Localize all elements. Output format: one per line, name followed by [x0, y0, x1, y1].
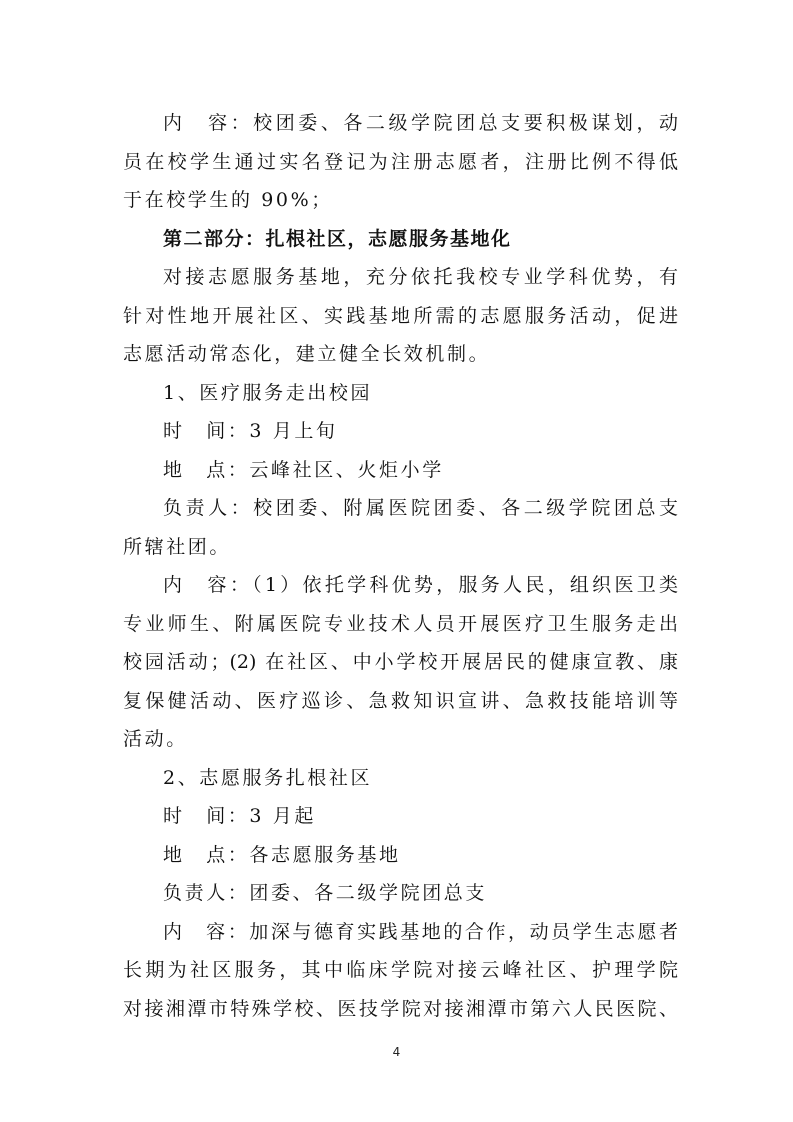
paragraph-line: 志愿活动常态化，建立健全长效机制。: [123, 335, 678, 373]
responsible-field: 负责人：校团委、附属医院团委、各二级学院团总支: [163, 489, 678, 527]
time-field: 时 间：3 月上旬: [163, 412, 678, 450]
section-heading: 第二部分：扎根社区，志愿服务基地化: [163, 220, 678, 258]
paragraph-line: 员在校学生通过实名登记为注册志愿者，注册比例不得低: [123, 143, 678, 181]
responsible-field: 负责人：团委、各二级学院团总支: [163, 874, 678, 912]
time-field: 时 间：3 月起: [163, 797, 678, 835]
location-field: 地 点：各志愿服务基地: [163, 836, 678, 874]
paragraph-line: 针对性地开展社区、实践基地所需的志愿服务活动，促进: [123, 297, 678, 335]
paragraph-line: 对接志愿服务基地，充分依托我校专业学科优势，有: [163, 258, 678, 296]
paragraph-line: 复保健活动、医疗巡诊、急救知识宣讲、急救技能培训等: [123, 682, 678, 720]
paragraph-line: 于在校学生的 90%；: [123, 181, 678, 219]
paragraph-line: 专业师生、附属医院专业技术人员开展医疗卫生服务走出: [123, 605, 678, 643]
paragraph-line: 对接湘潭市特殊学校、医技学院对接湘潭市第六人民医院、: [123, 990, 678, 1028]
page-number: 4: [0, 1045, 793, 1059]
content-field: 内 容：加深与德育实践基地的合作，动员学生志愿者: [163, 913, 678, 951]
document-page: 内 容：校团委、各二级学院团总支要积极谋划，动 员在校学生通过实名登记为注册志愿…: [0, 0, 793, 1122]
paragraph-line: 长期为社区服务，其中临床学院对接云峰社区、护理学院: [123, 951, 678, 989]
paragraph-line: 所辖社团。: [123, 528, 678, 566]
subsection-heading: 2、志愿服务扎根社区: [163, 759, 678, 797]
content-field: 内 容：（1）依托学科优势，服务人民，组织医卫类: [163, 566, 678, 604]
location-field: 地 点：云峰社区、火炬小学: [163, 451, 678, 489]
subsection-heading: 1、医疗服务走出校园: [163, 374, 678, 412]
paragraph-line: 活动。: [123, 720, 678, 758]
paragraph-line: 内 容：校团委、各二级学院团总支要积极谋划，动: [163, 104, 678, 142]
paragraph-line: 校园活动；(2) 在社区、中小学校开展居民的健康宣教、康: [123, 643, 678, 681]
